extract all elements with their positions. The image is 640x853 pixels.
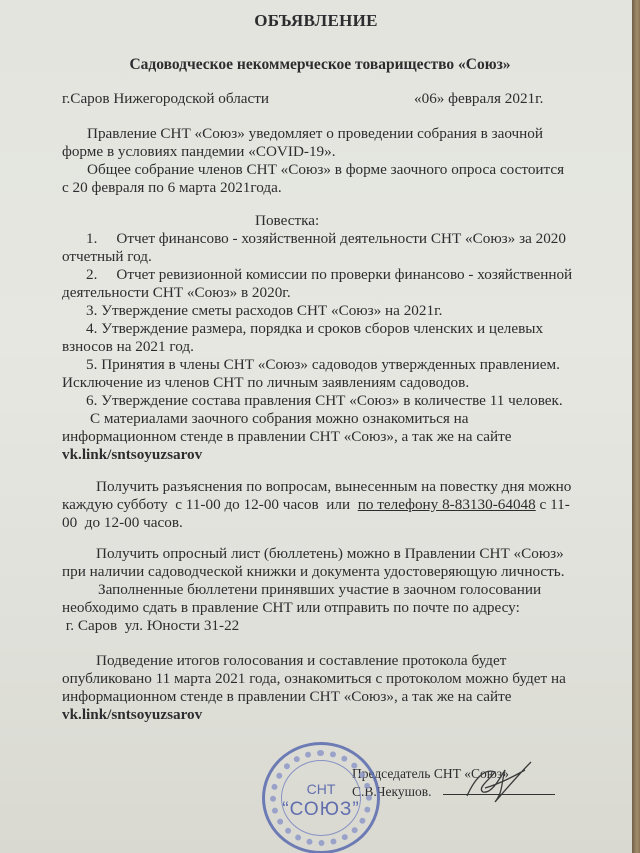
intro-line: форме в условиях пандемии «COVID-19». xyxy=(62,143,336,161)
website-link[interactable]: vk.link/sntsoyuzsarov xyxy=(62,446,202,464)
agenda-item: Исключение из членов СНТ по личным заявл… xyxy=(62,374,469,392)
materials-line: С материалами заочного собрания можно оз… xyxy=(90,410,469,428)
agenda-item: 5. Принятия в члены СНТ «Союз» садоводов… xyxy=(86,356,560,374)
ballot-line: Заполненные бюллетени принявших участие … xyxy=(98,581,541,599)
results-line: Подведение итогов голосования и составле… xyxy=(96,652,506,670)
background-surface xyxy=(632,0,640,853)
clarification-text: каждую субботу с 11-00 до 12-00 часов ил… xyxy=(62,496,358,513)
agenda-item: 3. Утверждение сметы расходов СНТ «Союз»… xyxy=(86,302,442,320)
agenda-item: 4. Утверждение размера, порядка и сроков… xyxy=(86,320,543,338)
agenda-item: отчетный год. xyxy=(62,248,152,266)
results-line: опубликовано 11 марта 2021 года, ознаком… xyxy=(62,670,566,688)
postal-address: г. Саров ул. Юности 31-22 xyxy=(62,617,239,635)
agenda-item: взносов на 2021 год. xyxy=(62,338,194,356)
clarification-text: с 11- xyxy=(536,496,570,513)
ballot-line: при наличии садоводческой книжки и докум… xyxy=(62,563,565,581)
website-link[interactable]: vk.link/sntsoyuzsarov xyxy=(62,706,202,724)
ballot-line: Получить опросный лист (бюллетень) можно… xyxy=(96,545,564,563)
signature-icon xyxy=(455,758,535,804)
document-title: ОБЪЯВЛЕНИЕ xyxy=(0,12,632,30)
phone-number[interactable]: по телефону 8-83130-64048 xyxy=(358,496,536,513)
agenda-item: 2. Отчет ревизионной комиссии по проверк… xyxy=(86,266,572,284)
ballot-line: необходимо сдать в правление СНТ или отп… xyxy=(62,599,520,617)
clarification-line: каждую субботу с 11-00 до 12-00 часов ил… xyxy=(62,496,570,514)
document-date: «06» февраля 2021г. xyxy=(414,90,543,108)
stamp-text: СНТ xyxy=(265,781,377,797)
intro-line: с 20 февраля по 6 марта 2021года. xyxy=(62,179,282,197)
results-line: информационном стенде в правлении СНТ «С… xyxy=(62,688,512,706)
clarification-line: Получить разъяснения по вопросам, вынесе… xyxy=(96,478,571,496)
agenda-title: Повестка: xyxy=(255,212,319,230)
intro-line: Общее собрание членов СНТ «Союз» в форме… xyxy=(87,161,564,179)
clarification-line: 00 до 12-00 часов. xyxy=(62,514,183,532)
stamp-text: “СОЮЗ” xyxy=(265,799,377,821)
materials-line: информационном стенде в правлении СНТ «С… xyxy=(62,428,512,446)
agenda-item: деятельности СНТ «Союз» в 2020г. xyxy=(62,284,291,302)
stamp-inner-circle xyxy=(281,760,361,836)
organization-stamp: СНТ “СОЮЗ” xyxy=(262,742,380,853)
agenda-item: 6. Утверждение состава правления СНТ «Со… xyxy=(86,392,563,410)
agenda-item: 1. Отчет финансово - хозяйственной деяте… xyxy=(86,230,566,248)
document-place: г.Саров Нижегородской области xyxy=(62,90,269,108)
organization-name: Садоводческое некоммерческое товариществ… xyxy=(0,56,640,74)
intro-line: Правление СНТ «Союз» уведомляет о провед… xyxy=(87,125,543,143)
